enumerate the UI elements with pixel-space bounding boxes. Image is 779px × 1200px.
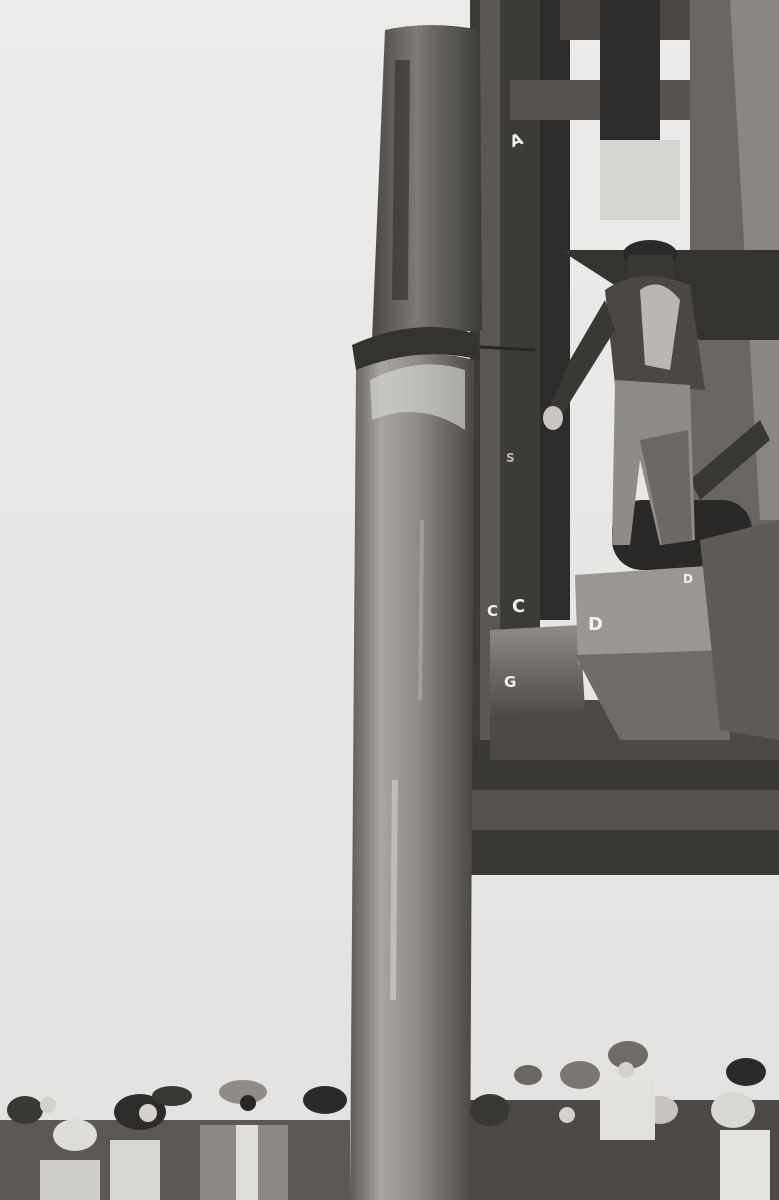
marking-s: S: [506, 451, 515, 465]
marking-g: G: [504, 673, 516, 691]
scene: A C C G D D S: [0, 0, 779, 1200]
marking-c-1: C: [487, 602, 498, 620]
marking-d-block: D: [588, 614, 603, 635]
marking-c-2: C: [512, 596, 525, 617]
photograph: Black-and-white historical photograph of…: [0, 0, 779, 1200]
marking-d-top: D: [683, 572, 693, 586]
